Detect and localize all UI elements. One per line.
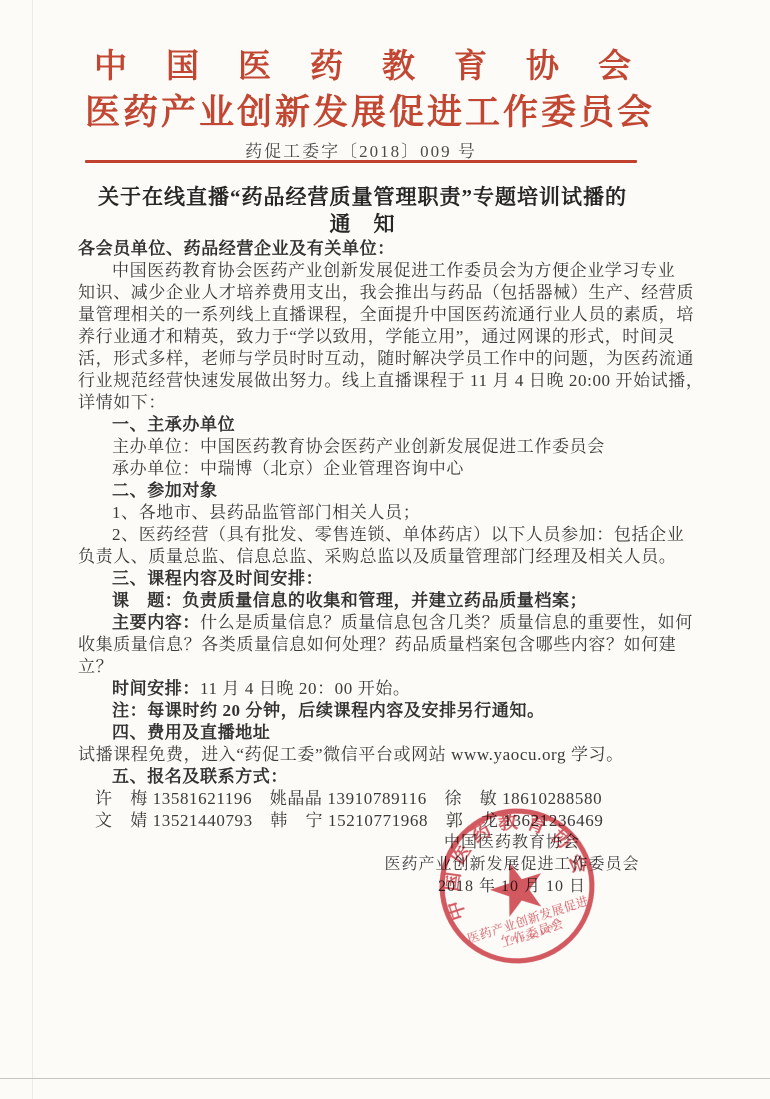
body-line: 1、各地市、县药品监管部门相关人员； bbox=[78, 502, 708, 524]
body-line: 一、主承办单位 bbox=[78, 414, 708, 436]
body-line: 承办单位：中瑞博（北京）企业管理咨询中心 bbox=[78, 458, 708, 480]
body-line: 量管理相关的一系列线上直播课程，全面提升中国医药流通行业人员的素质，培 bbox=[78, 304, 708, 326]
body-line: 文 婧 13521440793 韩 宁 15210771968 郭 龙 1362… bbox=[78, 810, 708, 832]
body-line: 中国医药教育协会医药产业创新发展促进工作委员会为方便企业学习专业 bbox=[78, 260, 708, 282]
body-line: 时间安排：11 月 4 日晚 20：00 开始。 bbox=[78, 678, 708, 700]
scan-artifact-left-line bbox=[32, 0, 33, 1099]
letterhead-org-line1: 中国医药教育协会 bbox=[94, 48, 670, 86]
body-line: 许 梅 13581621196 姚晶晶 13910789116 徐 敏 1861… bbox=[78, 788, 708, 810]
body-line: 负责人、质量总监、信息总监、采购总监以及质量管理部门经理及相关人员。 bbox=[78, 546, 708, 568]
body-line: 详情如下： bbox=[78, 392, 708, 414]
body-text: 各会员单位、药品经营企业及有关单位：中国医药教育协会医药产业创新发展促进工作委员… bbox=[78, 238, 708, 832]
body-line-lead: 主要内容： bbox=[112, 613, 200, 632]
body-line: 各会员单位、药品经营企业及有关单位： bbox=[78, 238, 708, 260]
body-line: 活，形式多样，老师与学员时时互动，随时解决学员工作中的问题，为医药流通 bbox=[78, 348, 708, 370]
notice-title-line2: 通 知 bbox=[55, 211, 670, 238]
notice-title: 关于在线直播“药品经营质量管理职责”专题培训试播的 通 知 bbox=[55, 184, 670, 238]
body-line: 五、报名及联系方式： bbox=[78, 766, 708, 788]
scan-artifact-bottom-line bbox=[0, 1078, 770, 1079]
body-line: 三、课程内容及时间安排： bbox=[78, 568, 708, 590]
body-line: 课 题：负责质量信息的收集和管理，并建立药品质量档案； bbox=[78, 590, 708, 612]
body-line: 立？ bbox=[78, 656, 708, 678]
red-divider-rule bbox=[85, 160, 637, 163]
body-line: 收集质量信息？各类质量信息如何处理？药品质量档案包含哪些内容？如何建 bbox=[78, 634, 708, 656]
letterhead-org-line2: 医药产业创新发展促进工作委员会 bbox=[85, 92, 655, 134]
body-line: 主办单位：中国医药教育协会医药产业创新发展促进工作委员会 bbox=[78, 436, 708, 458]
body-line-lead: 时间安排： bbox=[112, 679, 200, 698]
body-line: 2、医药经营（具有批发、零售连锁、单体药店）以下人员参加：包括企业 bbox=[78, 524, 708, 546]
body-line: 二、参加对象 bbox=[78, 480, 708, 502]
document-number: 药促工委字〔2018〕009 号 bbox=[85, 137, 637, 162]
body-line: 四、费用及直播地址 bbox=[78, 722, 708, 744]
notice-title-line1: 关于在线直播“药品经营质量管理职责”专题培训试播的 bbox=[55, 184, 670, 211]
scanned-notice-page: 中国医药教育协会 医药产业创新发展促进工作委员会 药促工委字〔2018〕009 … bbox=[0, 0, 770, 1099]
body-line: 养行业通才和精英，致力于“学以致用，学能立用”，通过网课的形式，时间灵 bbox=[78, 326, 708, 348]
body-line: 试播课程免费，进入“药促工委”微信平台或网站 www.yaocu.org 学习。 bbox=[78, 744, 708, 766]
body-line: 注：每课时约 20 分钟，后续课程内容及安排另行通知。 bbox=[78, 700, 708, 722]
body-line: 知识、减少企业人才培养费用支出，我会推出与药品（包括器械）生产、经营质 bbox=[78, 282, 708, 304]
body-line: 主要内容：什么是质量信息？质量信息包含几类？质量信息的重要性，如何 bbox=[78, 612, 708, 634]
body-line: 行业规范经营快速发展做出努力。线上直播课程于 11 月 4 日晚 20:00 开… bbox=[78, 370, 708, 392]
